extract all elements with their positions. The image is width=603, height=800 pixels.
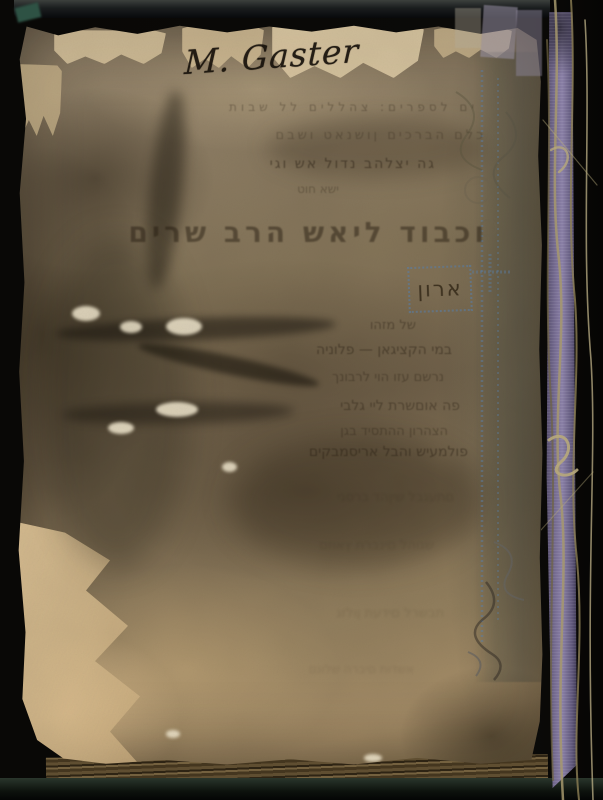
torn-cloth-bit — [455, 8, 481, 48]
book-scan: M. Gaster ים לספרים: צהללים לל שבות כלם … — [0, 0, 603, 800]
bottom-cover-edge — [0, 778, 603, 800]
torn-cloth-bit — [480, 5, 518, 59]
manuscript-page: M. Gaster ים לספרים: צהללים לל שבות כלם … — [16, 22, 544, 766]
paper-grain-texture — [16, 22, 544, 766]
torn-cloth-bit — [516, 10, 542, 76]
frayed-binding-threads — [541, 0, 603, 800]
